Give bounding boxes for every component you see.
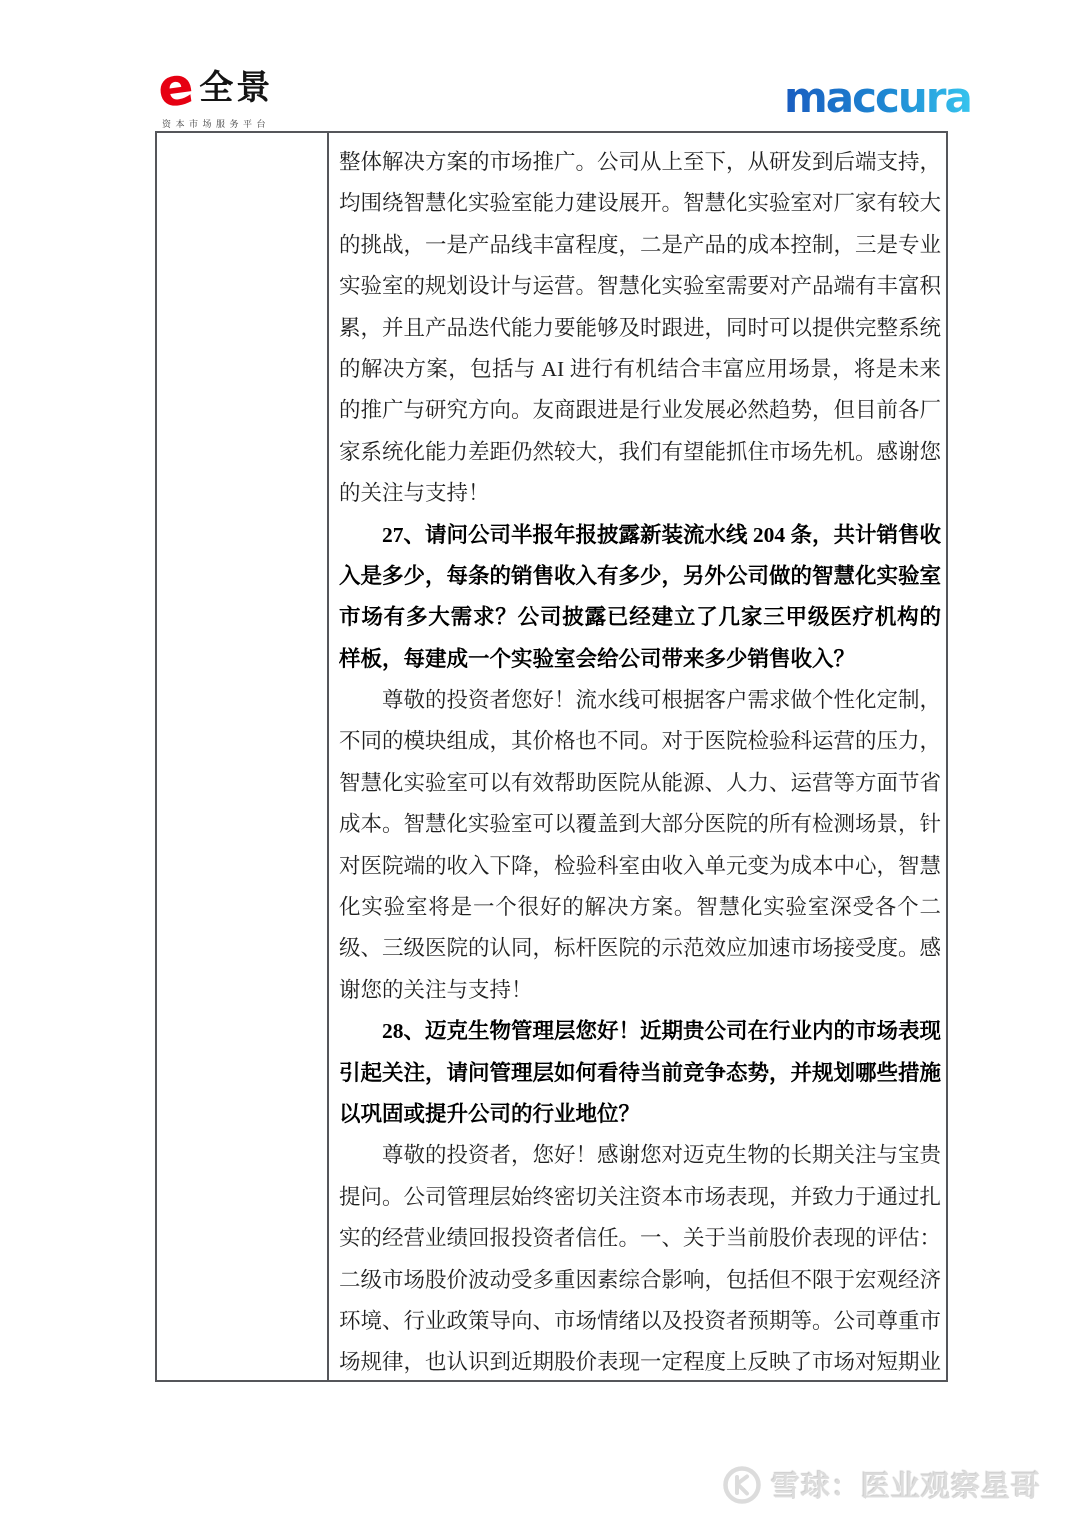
answer-27-line: 尊敬的投资者您好！流水线可根据客户需求做个性化定制， bbox=[339, 680, 941, 721]
text-line: 家系统化能力差距仍然较大，我们有望能抓住市场先机。感谢您 bbox=[339, 432, 941, 473]
answer-27-line: 谢您的关注与支持！ bbox=[339, 970, 941, 1011]
document-table: 整体解决方案的市场推广。公司从上至下，从研发到后端支持， 均围绕智慧化实验室能力… bbox=[155, 131, 948, 1382]
answer-27-line: 成本。智慧化实验室可以覆盖到大部分医院的所有检测场景，针 bbox=[339, 804, 941, 845]
text-line: 累，并且产品迭代能力要能够及时跟进，同时可以提供完整系统 bbox=[339, 308, 941, 349]
question-27-line: 27、请问公司半报年报披露新装流水线 204 条，共计销售收 bbox=[339, 515, 941, 556]
document-page: { "header": { "quanjing_logo": { "icon_g… bbox=[0, 0, 1080, 1527]
question-28-line: 引起关注，请问管理层如何看待当前竞争态势，并规划哪些措施 bbox=[339, 1053, 941, 1094]
text-line: 的关注与支持！ bbox=[339, 473, 941, 514]
text-line: 的解决方案，包括与 AI 进行有机结合丰富应用场景，将是未来 bbox=[339, 349, 941, 390]
quanjing-logo-tagline: 资本市场服务平台 bbox=[162, 117, 378, 130]
text-line: 的挑战，一是产品线丰富程度，二是产品的成本控制，三是专业 bbox=[339, 225, 941, 266]
answer-28-line: 实的经营业绩回报投资者信任。一、关于当前股价表现的评估： bbox=[339, 1218, 941, 1259]
answer-28-line: 提问。公司管理层始终密切关注资本市场表现，并致力于通过扎 bbox=[339, 1177, 941, 1218]
question-27-line: 样板，每建成一个实验室会给公司带来多少销售收入？ bbox=[339, 639, 941, 680]
table-left-column-empty bbox=[157, 133, 329, 1380]
quanjing-logo: e 全景 资本市场服务平台 bbox=[158, 66, 378, 130]
answer-28-line: 环境、行业政策导向、市场情绪以及投资者预期等。公司尊重市 bbox=[339, 1301, 941, 1342]
question-27-line: 市场有多大需求？公司披露已经建立了几家三甲级医疗机构的 bbox=[339, 597, 941, 638]
answer-27-line: 级、三级医院的认同，标杆医院的示范效应加速市场接受度。感 bbox=[339, 928, 941, 969]
text-line: 的推广与研究方向。友商跟进是行业发展必然趋势，但目前各厂 bbox=[339, 390, 941, 431]
text-line: 均围绕智慧化实验室能力建设展开。智慧化实验室对厂家有较大 bbox=[339, 183, 941, 224]
answer-28-line: 场规律，也认识到近期股价表现一定程度上反映了市场对短期业 bbox=[339, 1342, 941, 1380]
question-27-line: 入是多少，每条的销售收入有多少，另外公司做的智慧化实验室 bbox=[339, 556, 941, 597]
answer-28-line: 尊敬的投资者，您好！感谢您对迈克生物的长期关注与宝贵 bbox=[339, 1135, 941, 1176]
question-28-line: 28、迈克生物管理层您好！近期贵公司在行业内的市场表现 bbox=[339, 1011, 941, 1052]
answer-27-line: 对医院端的收入下降，检验科室由收入单元变为成本中心，智慧 bbox=[339, 846, 941, 887]
xueqiu-watermark: 雪球：医业观察星哥 bbox=[722, 1464, 1041, 1505]
answer-27-line: 化实验室将是一个很好的解决方案。智慧化实验室深受各个二 bbox=[339, 887, 941, 928]
answer-27-line: 不同的模块组成，其价格也不同。对于医院检验科运营的压力， bbox=[339, 721, 941, 762]
text-line: 整体解决方案的市场推广。公司从上至下，从研发到后端支持， bbox=[339, 142, 941, 183]
quanjing-logo-text: 全景 bbox=[199, 71, 273, 105]
answer-27-line: 智慧化实验室可以有效帮助医院从能源、人力、运营等方面节省 bbox=[339, 763, 941, 804]
xueqiu-logo-icon bbox=[722, 1465, 762, 1505]
text-line: 实验室的规划设计与运营。智慧化实验室需要对产品端有丰富积 bbox=[339, 266, 941, 307]
question-28-line: 以巩固或提升公司的行业地位？ bbox=[339, 1094, 941, 1135]
quanjing-swirl-icon: e bbox=[155, 64, 196, 112]
maccura-logo: maccura bbox=[784, 78, 971, 118]
table-text-column: 整体解决方案的市场推广。公司从上至下，从研发到后端支持， 均围绕智慧化实验室能力… bbox=[329, 133, 946, 1380]
watermark-text: 雪球：医业观察星哥 bbox=[771, 1464, 1041, 1505]
answer-28-line: 二级市场股价波动受多重因素综合影响，包括但不限于宏观经济 bbox=[339, 1260, 941, 1301]
